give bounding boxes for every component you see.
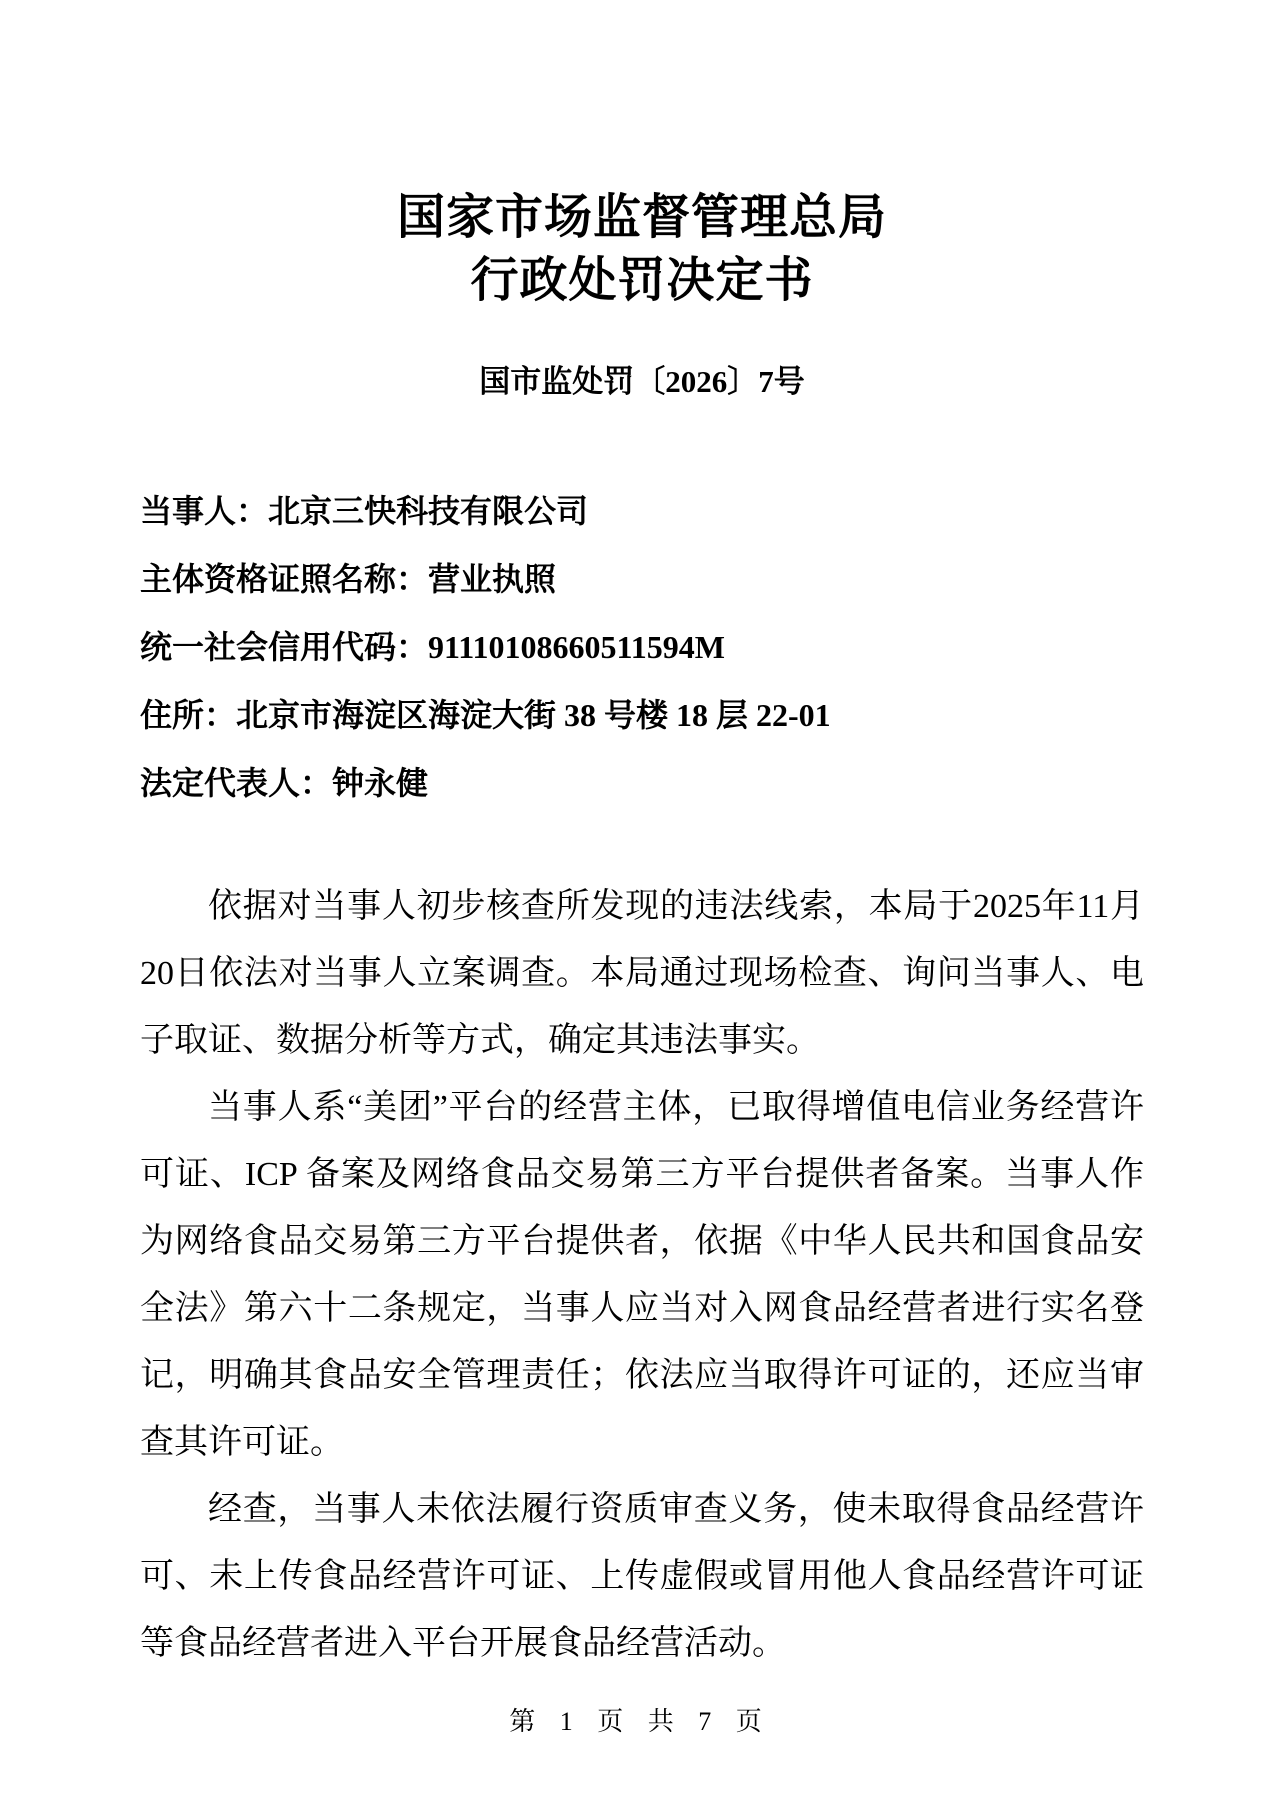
document-body: 依据对当事人初步核查所发现的违法线索，本局于2025年11月20日依法对当事人立… [140,873,1144,1677]
party-field-address-label: 住所： [140,697,236,733]
party-field-legal-representative: 法定代表人：钟永健 [140,749,1144,817]
party-info-block: 当事人：北京三快科技有限公司 主体资格证照名称：营业执照 统一社会信用代码：91… [140,477,1144,817]
party-field-address-value: 北京市海淀区海淀大街 38 号楼 18 层 22-01 [236,697,831,733]
party-field-license-name: 主体资格证照名称：营业执照 [140,545,1144,613]
title-line-1: 国家市场监督管理总局 [140,186,1144,249]
party-field-credit-code-label: 统一社会信用代码： [140,629,428,665]
party-field-name: 当事人：北京三快科技有限公司 [140,477,1144,545]
document-number: 国市监处罚〔2026〕7号 [140,356,1144,401]
document-page: 国家市场监督管理总局 行政处罚决定书 国市监处罚〔2026〕7号 当事人：北京三… [0,0,1280,1810]
party-field-legal-representative-value: 钟永健 [332,765,428,801]
document-title: 国家市场监督管理总局 行政处罚决定书 [140,186,1144,312]
party-field-address: 住所：北京市海淀区海淀大街 38 号楼 18 层 22-01 [140,681,1144,749]
paragraph-findings: 经查，当事人未依法履行资质审查义务，使未取得食品经营许可、未上传食品经营许可证、… [140,1476,1144,1677]
party-field-license-name-value: 营业执照 [428,561,556,597]
title-line-2: 行政处罚决定书 [140,249,1144,312]
party-field-legal-representative-label: 法定代表人： [140,765,332,801]
party-field-credit-code-value: 91110108660511594M [428,629,725,665]
page-number-footer: 第 1 页 共 7 页 [0,1701,1280,1738]
party-field-credit-code: 统一社会信用代码：91110108660511594M [140,613,1144,681]
party-field-name-label: 当事人： [140,493,268,529]
party-field-license-name-label: 主体资格证照名称： [140,561,428,597]
paragraph-investigation-basis: 依据对当事人初步核查所发现的违法线索，本局于2025年11月20日依法对当事人立… [140,873,1144,1074]
party-field-name-value: 北京三快科技有限公司 [268,493,588,529]
paragraph-platform-obligations: 当事人系“美团”平台的经营主体，已取得增值电信业务经营许可证、ICP 备案及网络… [140,1074,1144,1476]
